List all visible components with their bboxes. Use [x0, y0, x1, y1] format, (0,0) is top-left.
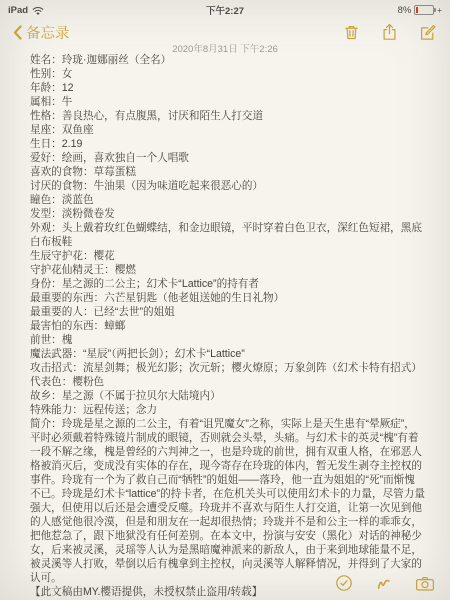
note-line: 攻击招式：流星剑舞；极光幻影；次元斩；樱火燎原；万象剑阵（幻术卡特有招式）	[30, 361, 425, 375]
camera-button[interactable]	[415, 575, 435, 592]
share-icon	[381, 23, 398, 41]
device-label: iPad	[8, 5, 28, 16]
note-line: 身份：星之源的二公主；幻术卡“Lattice”的持有者	[30, 277, 425, 291]
note-line: 最重要的东西：六芒星钥匙（他老姐送她的生日礼物）	[30, 291, 425, 305]
note-line: 最重要的人：已经“去世”的姐姐	[30, 305, 425, 319]
note-line: 发型：淡粉微卷发	[30, 207, 425, 221]
note-line: 爱好：绘画，喜欢独自一个人唱歌	[30, 151, 425, 165]
note-line: 简介：玲珑是星之源的二公主，有着“诅咒魔女”之称，实际上是天生患有“晕厥症”，平…	[30, 417, 425, 585]
checklist-button[interactable]	[335, 574, 353, 592]
battery-plus: +	[437, 6, 442, 15]
note-line: 年龄：12	[30, 81, 425, 95]
note-line: 特殊能力：远程传送；念力	[30, 403, 425, 417]
check-circle-icon	[335, 574, 353, 592]
note-line: 性别：女	[30, 67, 425, 81]
status-bar: iPad 下午2:27 8% +	[0, 0, 450, 17]
battery-icon	[414, 5, 434, 15]
note-line: 性格：善良热心，有点腹黑，讨厌和陌生人打交道	[30, 109, 425, 123]
camera-icon	[415, 575, 435, 592]
chevron-left-icon	[13, 25, 22, 40]
status-right: 8% +	[244, 5, 442, 16]
note-line: 姓名：玲珑·迦娜丽丝（全名）	[30, 53, 425, 67]
compose-icon	[419, 24, 437, 41]
wifi-icon	[32, 6, 44, 15]
note-line: 讨厌的食物：牛油果（因为味道吃起来很恶心的）	[30, 179, 425, 193]
nav-icons	[343, 23, 437, 41]
note-line: 喜欢的食物：草莓蛋糕	[30, 165, 425, 179]
compose-button[interactable]	[419, 24, 437, 41]
note-line: 外观：头上戴着玫红色蝴蝶结，和金边眼镜，平时穿着白色卫衣，深红色短裙，黑底白布板…	[30, 221, 425, 249]
note-line: 魔法武器：“星辰”（两把长剑）；幻术卡“Lattice”	[30, 347, 425, 361]
battery-percent: 8%	[398, 5, 412, 16]
status-time: 下午2:27	[206, 3, 244, 17]
marker-icon	[375, 574, 393, 592]
note-content[interactable]: 姓名：玲珑·迦娜丽丝（全名）性别：女年龄：12属相：牛性格：善良热心，有点腹黑，…	[30, 53, 425, 599]
note-line: 最害怕的东西：蟑螂	[30, 319, 425, 333]
note-line: 星座：双鱼座	[30, 123, 425, 137]
share-button[interactable]	[381, 23, 398, 41]
trash-button[interactable]	[343, 24, 360, 41]
note-line: 生日：2.19	[30, 137, 425, 151]
note-line: 属相：牛	[30, 95, 425, 109]
back-label: 备忘录	[26, 22, 70, 43]
bottom-toolbar	[335, 574, 435, 592]
note-line: 生辰守护花：樱花	[30, 249, 425, 263]
note-line: 守护花仙精灵王：樱燃	[30, 263, 425, 277]
trash-icon	[343, 24, 360, 41]
note-line: 瞳色：淡蓝色	[30, 193, 425, 207]
note-line: 前世：槐	[30, 333, 425, 347]
note-line: 代表色：樱粉色	[30, 375, 425, 389]
battery-level	[416, 7, 418, 13]
status-left: iPad	[8, 5, 206, 16]
ipad-screen: iPad 下午2:27 8% + 备忘录	[0, 0, 450, 600]
markup-button[interactable]	[375, 574, 393, 592]
back-button[interactable]: 备忘录	[13, 22, 70, 43]
note-line: 故乡：星之源（不属于拉贝尔大陆境内）	[30, 389, 425, 403]
